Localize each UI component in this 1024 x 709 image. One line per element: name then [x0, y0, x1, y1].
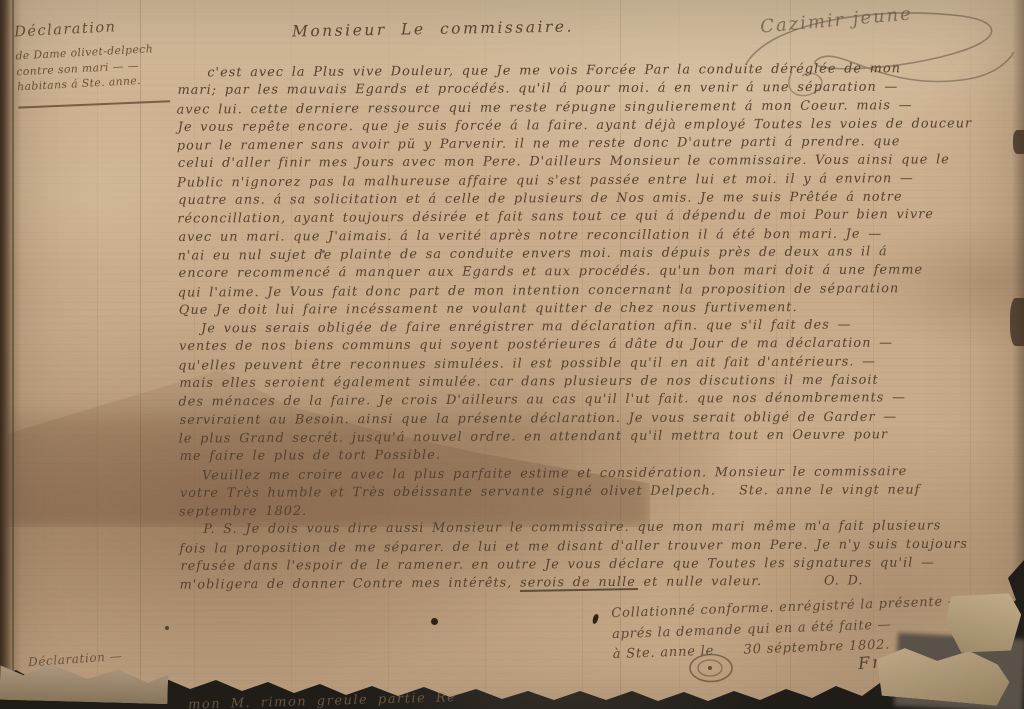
fold-line: [140, 0, 141, 709]
pencil-annotation: Cazimir jeune: [732, 2, 1022, 112]
salutation: Monsieur Le commissaire.: [292, 18, 574, 41]
signature-flourish-icon: [732, 2, 1022, 112]
handwritten-line: serviraient au Besoin. ainsi que la prés…: [180, 408, 1024, 430]
handwritten-line: qui l'aime. Je Vous fait donc part de mo…: [178, 279, 1023, 302]
handwritten-line: avec un mari. que J'aimais. á la verité …: [178, 225, 1023, 247]
handwritten-line: qu'elles peuvent être reconnues simulées…: [178, 352, 1023, 375]
handwritten-line: pour le ramener sans avoir pü y Parvenir…: [177, 133, 1022, 156]
handwritten-line: mais elles seroient également simulée. c…: [179, 371, 1024, 393]
handwritten-line: m'obligera de donner Contre mes intérêts…: [180, 572, 1024, 595]
handwritten-line: encore recommencé á manquer aux Egards e…: [179, 261, 1024, 283]
handwritten-line: septembre 1802.: [179, 499, 1024, 522]
handwritten-line: refusée dans l'espoir de le ramener. en …: [180, 554, 1024, 576]
pencil-annotation-text: Cazimir jeune: [759, 3, 913, 37]
handwritten-line: n'ai eu nul sujet de plainte de sa condu…: [178, 242, 1023, 265]
margin-note-lines: de Dame olivet-delpechcontre son mari — …: [15, 40, 187, 95]
ink-spot: [322, 250, 325, 253]
handwritten-line: des ménaces de la faire. Je crois D'aill…: [178, 389, 1023, 412]
handwritten-line: Public n'ignorez pas la malhureuse affai…: [177, 169, 1022, 192]
binding-crease: [12, 0, 14, 709]
ink-spot: [165, 626, 169, 630]
margin-note-title: Déclaration: [14, 16, 185, 41]
handwritten-line: Que Je doit lui faire incéssament ne vou…: [179, 298, 1024, 320]
handwritten-line: habitans á Ste. anne.: [17, 71, 188, 95]
handwritten-line: Je vous repête encore. que je suis forcé…: [178, 115, 1023, 137]
bottom-margin-note: Déclaration —: [28, 649, 123, 670]
fold-line: [790, 0, 791, 709]
handwritten-line: ventes de nos biens communs qui soyent p…: [179, 334, 1024, 356]
water-stain-lower: [0, 415, 720, 685]
fold-line: [620, 0, 621, 709]
seal-doodle-icon: [686, 650, 736, 686]
handwritten-line: c'est avec la Plus vive Douleur, que Je …: [176, 59, 1021, 82]
handwritten-line: contre son mari — —: [16, 55, 187, 79]
handwritten-line: votre Très humble et Très obéissante ser…: [180, 481, 1024, 503]
handwritten-line: me faire le plus de tort Possible.: [180, 444, 1024, 466]
handwritten-line: fois la proposition de me séparer. de lu…: [179, 535, 1024, 558]
handwritten-line: le plus Grand secrét. jusqu'á nouvel ord…: [179, 425, 1024, 448]
handwritten-line: Veuillez me croire avec la plus parfaite…: [179, 462, 1024, 485]
edge-tear-notch: [1013, 130, 1024, 154]
handwritten-line: celui d'aller finir mes Jours avec mon P…: [178, 151, 1023, 173]
document-scan: Déclaration de Dame olivet-delpechcontre…: [0, 0, 1024, 709]
handwritten-line: avec lui. cette derniere ressource qui m…: [177, 96, 1022, 119]
binding-edge: [0, 0, 22, 709]
ink-spot: [592, 614, 599, 625]
paper-sheet: Déclaration de Dame olivet-delpechcontre…: [0, 0, 1024, 709]
handwritten-line: de Dame olivet-delpech: [15, 40, 186, 64]
handwritten-line: mari; par les mauvais Egards et procédés…: [178, 78, 1023, 100]
handwritten-line: quatre ans. á sa solicitation et á celle…: [178, 188, 1023, 210]
margin-note-rule: [18, 100, 170, 108]
handwritten-line: réconcillation, ayant toujours désirée e…: [177, 206, 1022, 229]
letter-body: c'est avec la Plus vive Douleur, que Je …: [176, 59, 1024, 595]
emphasis-underline: [520, 588, 638, 592]
handwritten-line: Je vous serais obligée de faire enrégist…: [178, 316, 1023, 339]
handwritten-line: P. S. Je dois vous dire aussi Monsieur l…: [180, 517, 1024, 539]
ink-spot: [431, 618, 438, 625]
margin-note: Déclaration de Dame olivet-delpechcontre…: [14, 16, 188, 109]
edge-tear-notch: [1010, 298, 1024, 346]
water-stain: [0, 352, 650, 527]
